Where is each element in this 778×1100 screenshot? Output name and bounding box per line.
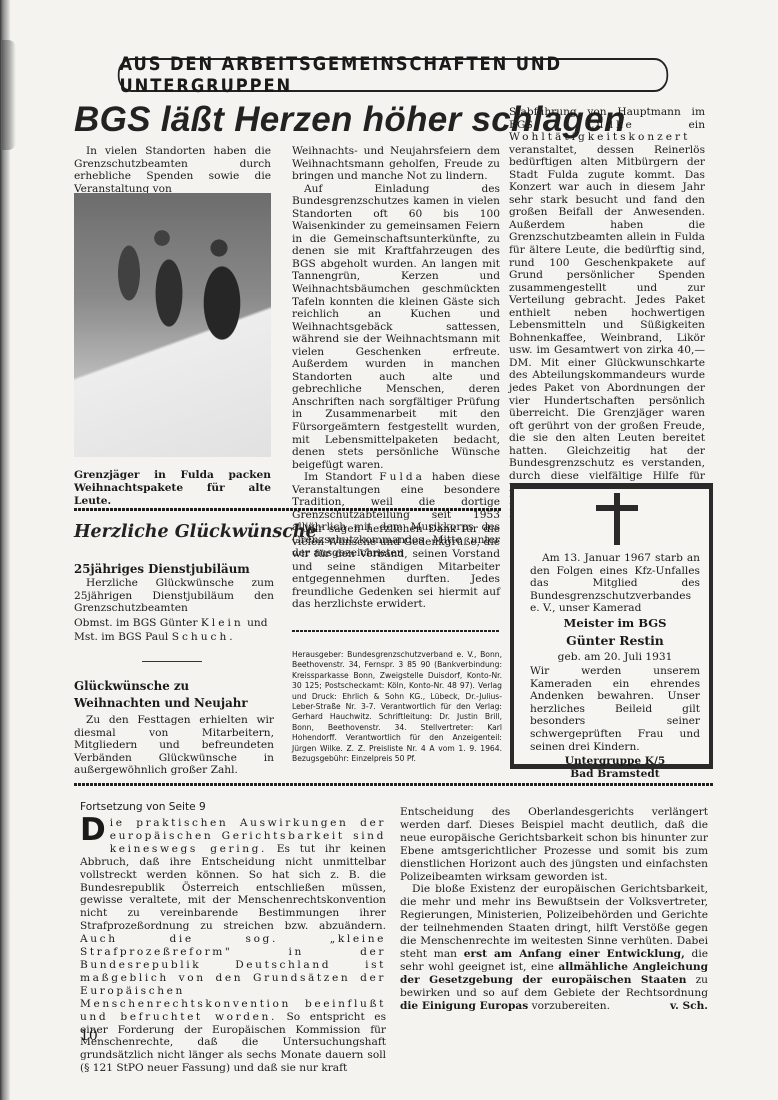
publisher-imprint: Herausgeber: Bundesgrenzschutzverband e.… [292,650,502,764]
obituary-box: Am 13. Januar 1967 starb an den Folgen e… [510,483,713,769]
obituary-rank: Meister im BGS [530,615,700,632]
photo-caption: Grenzjäger in Fulda packen Weihnachtspak… [74,469,271,508]
page-number: 10 [80,1028,98,1044]
spaced-word: Wohltätigkeitskonzert [509,131,690,143]
person-name: Schuch. [172,631,236,643]
text-run: ein [689,119,705,131]
text-run: Mst. im BGS Paul [74,631,168,643]
obituary-name: Günter Restin [530,632,700,649]
thanks-block: Wir sagen herzlichen Dank für die vielen… [292,523,500,611]
congratulations-title: Herzliche Glückwünsche [74,522,317,542]
section-banner: AUS DEN ARBEITSGEMEINSCHAFTEN UND UNTERG… [118,58,668,92]
text-run: Es tut ihr keinen Abbruch, daß ihre Ents… [80,843,386,932]
holiday-block: Zu den Festtagen erhielten wir diesmal v… [74,714,274,777]
article-paragraph: Stabführung von Hauptmann im BGS Lüdke e… [509,106,705,533]
short-divider [142,661,202,662]
author-signature: v. Sch. [658,1000,708,1013]
spaced-name: Lüdke [586,119,634,131]
jubilee-person-2: Mst. im BGS Paul Schuch. [74,631,274,644]
imprint-divider [292,630,500,632]
continuation-paragraph: Die praktischen Auswirkungen der europäi… [80,817,386,1075]
article-paragraph: Weihnachts- und Neujahrsfeiern dem Weihn… [292,145,500,183]
continuation-paragraph: Entscheidung des Oberlandesgerichts verl… [400,806,708,883]
jubilee-text: Herzliche Glückwünsche zum 25jährigen Di… [74,577,274,615]
obituary-intro: Am 13. Januar 1967 starb an den Folgen e… [530,552,700,615]
holiday-heading: Glückwünsche zu Weihnachten und Neujahr [74,678,274,712]
thanks-text: Wir sagen herzlichen Dank für die vielen… [292,523,500,611]
drop-cap: D [80,818,106,843]
continuation-column-left: Die praktischen Auswirkungen der europäi… [80,817,386,1075]
obituary-place: Bad Bramstedt [530,768,700,781]
spaced-text: Auch die sog. „kleine Strafprozeßreform"… [80,933,386,1022]
cross-icon [614,493,620,545]
continuation-paragraph: Die bloße Existenz der europäischen Geri… [400,883,708,1012]
obituary-content: Am 13. Januar 1967 starb an den Folgen e… [530,552,700,780]
continuation-column-right: Entscheidung des Oberlandesgerichts verl… [400,806,708,1013]
text-run: und [247,617,267,629]
article-column-2: Weihnachts- und Neujahrsfeiern dem Weihn… [292,145,500,559]
cross-icon-bar [596,505,638,511]
emphasis: die Einigung Europas [400,1000,528,1012]
text-run: veranstaltet, dessen Reinerlös bedürftig… [509,144,705,532]
page-divider [74,783,714,786]
emphasis: erst am Anfang einer Entwicklung, [464,948,685,960]
section-divider [74,508,502,511]
text-run: Im Standort [304,471,372,483]
article-column-1: In vielen Standorten haben die Grenzschu… [74,145,271,195]
jubilee-heading: 25jähriges Dienstjubiläum [74,561,250,578]
obituary-text: Wir werden unserem Kameraden ein ehrende… [530,665,700,753]
text-run: vorzubereiten. [532,1000,610,1012]
obituary-born: geb. am 20. Juli 1931 [530,649,700,665]
text-run: Obmst. im BGS Günter [74,617,198,629]
article-intro: In vielen Standorten haben die Grenzschu… [74,145,271,195]
page-binding-edge [0,0,10,1100]
holiday-text: Zu den Festtagen erhielten wir diesmal v… [74,714,274,777]
spaced-place-name: Fulda [379,471,425,483]
person-name: Klein [201,617,244,629]
jubilee-block: Herzliche Glückwünsche zum 25jährigen Di… [74,577,274,644]
obituary-group: Untergruppe K/5 [530,755,700,768]
article-column-3: Stabführung von Hauptmann im BGS Lüdke e… [509,106,705,533]
jubilee-person-1: Obmst. im BGS Günter Klein und [74,617,274,630]
article-paragraph: Auf Einladung des Bundesgrenzschutzes ka… [292,183,500,472]
news-photo [74,193,271,457]
binding-mark [2,40,16,150]
